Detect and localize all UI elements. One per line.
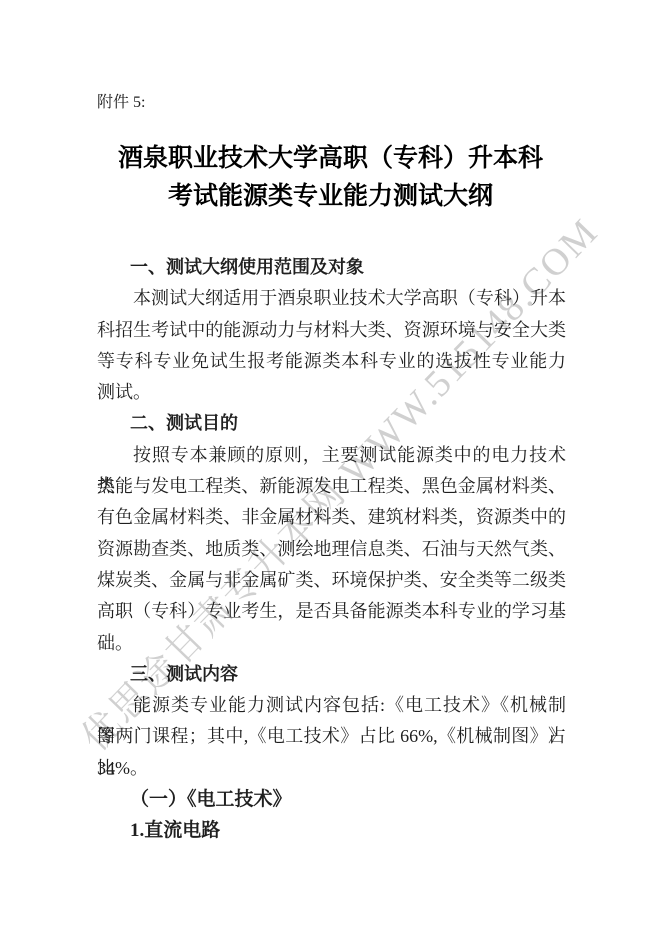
subheading-zhiliu-dianlu: 1.直流电路	[97, 815, 566, 846]
paragraph-line: 按照专本兼顾的原则，主要测试能源类中的电力技术类、	[97, 440, 566, 471]
paragraph-line: 有色金属材料类、非金属材料类、建筑材料类，资源类中的	[97, 502, 566, 533]
document-title-line-1: 酒泉职业技术大学高职（专科）升本科	[0, 140, 661, 178]
section-heading-1: 一、测试大纲使用范围及对象	[97, 252, 566, 283]
paragraph-line: 热能与发电工程类、新能源发电工程类、黑色金属材料类、	[97, 471, 566, 502]
paragraph-line: 测试。	[97, 377, 566, 408]
section-heading-2: 二、测试目的	[97, 408, 566, 439]
paragraph-line: 资源勘查类、地质类、测绘地理信息类、石油与天然气类、	[97, 534, 566, 565]
paragraph-line: 本测试大纲适用于酒泉职业技术大学高职（专科）升本	[97, 283, 566, 314]
document-page: 优思途甘肃专升本网 WWW.515148.COM 附件 5: 酒泉职业技术大学高…	[0, 0, 661, 935]
paragraph-line: 高职（专科）专业考生，是否具备能源类本科专业的学习基	[97, 596, 566, 627]
paragraph-line: 等两门课程；其中,《电工技术》占比 66%,《机械制图》占比	[97, 721, 566, 752]
paragraph-line: 煤炭类、金属与非金属矿类、环境保护类、安全类等二级类	[97, 565, 566, 596]
paragraph-line: 34%。	[97, 753, 566, 784]
attachment-label: 附件 5:	[97, 89, 145, 112]
paragraph-line: 能源类专业能力测试内容包括:《电工技术》《机械制图》	[97, 690, 566, 721]
document-title: 酒泉职业技术大学高职（专科）升本科 考试能源类专业能力测试大纲	[0, 140, 661, 216]
document-body: 一、测试大纲使用范围及对象 本测试大纲适用于酒泉职业技术大学高职（专科）升本 科…	[97, 252, 566, 847]
paragraph-line: 科招生考试中的能源动力与材料大类、资源环境与安全大类	[97, 315, 566, 346]
document-title-line-2: 考试能源类专业能力测试大纲	[0, 178, 661, 216]
paragraph-line: 等专科专业免试生报考能源类本科专业的选拔性专业能力	[97, 346, 566, 377]
section-heading-3: 三、测试内容	[97, 659, 566, 690]
document-content: 附件 5: 酒泉职业技术大学高职（专科）升本科 考试能源类专业能力测试大纲 一、…	[0, 0, 661, 935]
paragraph-line: 础。	[97, 628, 566, 659]
subheading-dianggong: （一）《电工技术》	[97, 784, 566, 815]
